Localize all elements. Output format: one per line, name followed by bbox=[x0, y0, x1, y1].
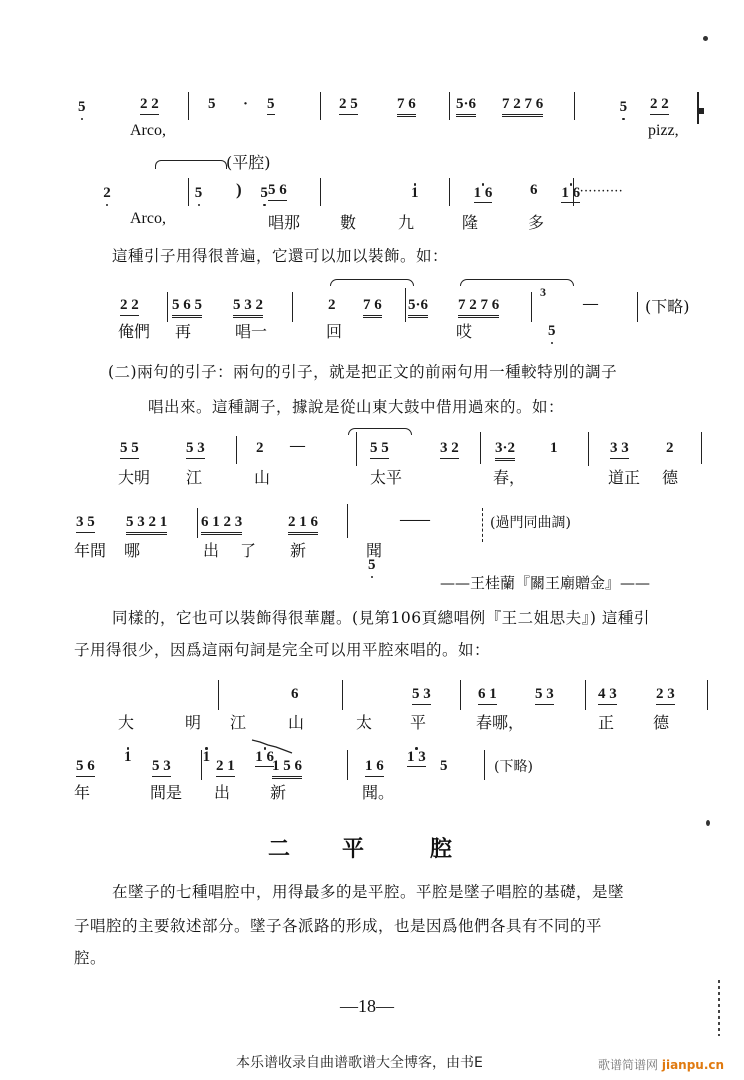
repeat-mark bbox=[698, 108, 704, 114]
barline bbox=[320, 178, 321, 206]
heading-char: 平 bbox=[342, 832, 366, 863]
lyric: 江 bbox=[186, 465, 202, 488]
barline bbox=[449, 92, 450, 120]
note: 6 1 2 3 bbox=[201, 514, 242, 535]
footer-note: 本乐谱收录自曲谱歌谱大全博客，由书E bbox=[236, 1052, 483, 1072]
note: 5 5 bbox=[370, 440, 389, 459]
note: 3 5 bbox=[76, 514, 95, 533]
note: 5·6 bbox=[408, 297, 428, 318]
grace-note: 3 bbox=[540, 285, 546, 300]
note: 2 bbox=[328, 297, 336, 314]
note: 6 bbox=[291, 686, 299, 703]
lyric: 明 bbox=[185, 710, 201, 733]
barline bbox=[573, 178, 574, 206]
barline bbox=[480, 432, 481, 464]
lyric: 隆 bbox=[462, 210, 478, 233]
omitted-note: (下略) bbox=[645, 294, 690, 317]
note: 1 6 bbox=[365, 758, 384, 777]
lyric: 數 bbox=[340, 210, 356, 233]
note: 7 6 bbox=[397, 96, 416, 117]
score-2: 2 2 5 6 5 5 3 2 2 7 6 5·6 7 2 7 6 3 5 — … bbox=[0, 20, 744, 40]
barline bbox=[460, 680, 461, 710]
paragraph: 唱出來。這種調子，據說是從山東大鼓中借用過來的。如： bbox=[148, 395, 564, 417]
barline bbox=[167, 292, 168, 322]
lyric: 哪 bbox=[124, 538, 140, 561]
dash: — bbox=[290, 438, 305, 455]
page-number: —18— bbox=[340, 996, 394, 1017]
note: 1 bbox=[124, 749, 132, 765]
lyric: 大 bbox=[118, 710, 134, 733]
lyric: 出 bbox=[203, 538, 219, 561]
note: 2 2 bbox=[120, 297, 139, 316]
paragraph: 子用得很少，因爲這兩句詞是完全可以用平腔來唱的。如： bbox=[74, 638, 490, 660]
barline bbox=[342, 680, 343, 710]
score-1: 5 2 2 5 · 5 2 5 7 6 5·6 7 2 7 6 5 2 2 Ar… bbox=[0, 0, 744, 20]
scan-edge bbox=[718, 980, 720, 1036]
note: 5 6 5 bbox=[172, 297, 202, 318]
barline bbox=[585, 680, 586, 710]
paragraph: 在墜子的七種唱腔中，用得最多的是平腔。平腔是墜子唱腔的基礎，是墜 bbox=[112, 880, 624, 902]
barline bbox=[482, 508, 483, 542]
barline bbox=[484, 750, 485, 780]
attribution: ——王桂蘭『關王廟贈金』—— bbox=[440, 572, 650, 593]
note: 5 bbox=[620, 99, 628, 115]
section-label: (平腔) bbox=[226, 150, 271, 173]
note: 5 5 bbox=[120, 440, 139, 459]
barline bbox=[347, 750, 348, 780]
note: 5·6 bbox=[456, 96, 476, 117]
barline bbox=[701, 432, 702, 464]
barline bbox=[197, 508, 198, 538]
lyric: 大明 bbox=[118, 465, 150, 488]
note: 1 bbox=[411, 185, 419, 201]
note: 1 5 6 bbox=[272, 758, 302, 779]
note: 6 1 bbox=[478, 686, 497, 705]
lyric: 山 bbox=[288, 710, 304, 733]
watermark: 歌谱简谱网 jianpu.cn bbox=[598, 1056, 724, 1073]
note: 1 3 bbox=[407, 749, 426, 767]
note: 5 3 bbox=[412, 686, 431, 705]
slur bbox=[460, 279, 574, 286]
note: 1 bbox=[203, 749, 211, 765]
lyric: 春， bbox=[493, 465, 525, 488]
barline bbox=[574, 92, 575, 120]
lyric: 正 bbox=[598, 710, 614, 733]
lyric: 再 bbox=[175, 319, 191, 342]
note: 1 bbox=[550, 440, 558, 457]
paren: ) bbox=[236, 180, 242, 200]
lyric: 平 bbox=[410, 710, 426, 733]
note: 4 3 bbox=[598, 686, 617, 705]
note: 5 bbox=[260, 185, 268, 201]
barline bbox=[405, 288, 406, 322]
scan-speck bbox=[706, 820, 710, 826]
barline bbox=[531, 292, 532, 322]
paragraph: (二)兩句的引子：兩句的引子，就是把正文的前兩句用一種較特別的調子 bbox=[108, 360, 617, 382]
continuation-dots: ·········· bbox=[580, 186, 623, 197]
note: 7 2 7 6 bbox=[458, 297, 499, 318]
lyric: 年 bbox=[74, 780, 90, 803]
barline bbox=[347, 504, 348, 538]
lyric: 唱一 bbox=[235, 319, 267, 342]
lyric: 出 bbox=[214, 780, 230, 803]
note: 2 1 6 bbox=[288, 514, 318, 535]
lyric: 九 bbox=[398, 210, 414, 233]
barline bbox=[188, 92, 189, 120]
note: 7 2 7 6 bbox=[502, 96, 543, 117]
paragraph: 腔。 bbox=[74, 946, 106, 968]
note: 5 6 bbox=[76, 758, 95, 777]
note: 5 3 bbox=[535, 686, 554, 705]
heading-char: 二 bbox=[268, 832, 292, 863]
note: 5 bbox=[548, 323, 556, 339]
lyric: 年間 bbox=[74, 538, 106, 561]
barline bbox=[188, 178, 189, 206]
note: 5 6 bbox=[268, 182, 287, 201]
note: 5 bbox=[267, 96, 275, 115]
note: 2 5 bbox=[339, 96, 358, 115]
barline bbox=[201, 750, 202, 780]
barline bbox=[218, 680, 219, 710]
score-3: 5 5 5 3 2 — 5 5 3 2 3·2 1 3 3 2 大明 江 山 太… bbox=[0, 40, 744, 60]
arco-mark: Arco, bbox=[130, 122, 166, 140]
note: 5 bbox=[78, 99, 86, 115]
paragraph: 子唱腔的主要敘述部分。墜子各派路的形成，也是因爲他們各具有不同的平 bbox=[74, 914, 602, 936]
barline bbox=[449, 178, 450, 206]
watermark-site: jianpu.cn bbox=[662, 1058, 724, 1072]
dash: —— bbox=[400, 512, 430, 529]
note: 3 3 bbox=[610, 440, 629, 459]
lyric: 唱那 bbox=[268, 210, 300, 233]
barline bbox=[356, 432, 357, 466]
scan-speck bbox=[703, 36, 708, 41]
dash: — bbox=[583, 296, 598, 313]
paragraph: 同樣的，它也可以裝飾得很華麗。(見第106頁總唱例『王二姐思夫』) 這種引 bbox=[112, 606, 650, 628]
note: 7 6 bbox=[363, 297, 382, 318]
note: 5 bbox=[440, 758, 448, 775]
note: 2 1 bbox=[216, 758, 235, 777]
lyric: 德 bbox=[662, 465, 678, 488]
lyric: 新 bbox=[290, 538, 306, 561]
lyric: 春哪， bbox=[476, 710, 524, 733]
phrase-bracket bbox=[155, 160, 227, 169]
barline bbox=[707, 680, 708, 710]
note: 1 6 bbox=[561, 185, 580, 203]
note: 2 2 bbox=[140, 96, 159, 115]
barline bbox=[637, 292, 638, 322]
note: 2 2 bbox=[650, 96, 669, 115]
note: 1 6 bbox=[474, 185, 493, 203]
note: 2 bbox=[256, 440, 264, 457]
pizz-mark: pizz, bbox=[648, 122, 679, 140]
lyric: 聞 bbox=[366, 538, 382, 561]
note: 5 bbox=[195, 185, 203, 201]
lyric: 哎 bbox=[456, 319, 472, 342]
lyric: 新 bbox=[270, 780, 286, 803]
lyric: 太平 bbox=[370, 465, 402, 488]
barline bbox=[588, 432, 589, 466]
lyric: 德 bbox=[653, 710, 669, 733]
score-4: 1 1 1 6 6 1 3 5 3 6 1 5 3 4 3 2 3 大 明 江 … bbox=[0, 60, 744, 80]
omitted-note: (下略) bbox=[494, 756, 533, 776]
barline bbox=[320, 92, 321, 120]
note: 2 3 bbox=[656, 686, 675, 705]
paragraph: 這種引子用得很普遍，它還可以加以裝飾。如： bbox=[112, 244, 448, 266]
lyric: 了 bbox=[240, 538, 256, 561]
heading-char: 腔 bbox=[430, 832, 454, 863]
slur bbox=[348, 428, 412, 435]
glissando-mark bbox=[250, 738, 300, 754]
note: 3 2 bbox=[440, 440, 459, 459]
note: · bbox=[243, 96, 248, 113]
note: 5 3 bbox=[186, 440, 205, 459]
note: 5 bbox=[208, 96, 216, 113]
lyric: 回 bbox=[326, 319, 342, 342]
note: 5 3 2 1 bbox=[126, 514, 167, 535]
lyric: 多 bbox=[528, 210, 544, 233]
lyric: 江 bbox=[230, 710, 246, 733]
watermark-cn: 歌谱简谱网 bbox=[598, 1058, 658, 1072]
interlude-note: (過門同曲調) bbox=[490, 512, 571, 532]
arco-mark: Arco, bbox=[130, 210, 166, 228]
barline bbox=[236, 436, 237, 464]
note: 2 bbox=[666, 440, 674, 457]
slur bbox=[330, 279, 414, 286]
note: 5 3 2 bbox=[233, 297, 263, 318]
lyric: 道正 bbox=[608, 465, 640, 488]
lyric: 間是 bbox=[150, 780, 182, 803]
lyric: 俺們 bbox=[118, 319, 150, 342]
note: 2 bbox=[103, 185, 111, 201]
lyric: 山 bbox=[254, 465, 270, 488]
note: 6 bbox=[530, 182, 538, 199]
barline bbox=[292, 292, 293, 322]
note: 3·2 bbox=[495, 440, 515, 461]
lyric: 太 bbox=[356, 710, 372, 733]
lyric: 聞。 bbox=[362, 780, 394, 803]
note: 5 3 bbox=[152, 758, 171, 777]
